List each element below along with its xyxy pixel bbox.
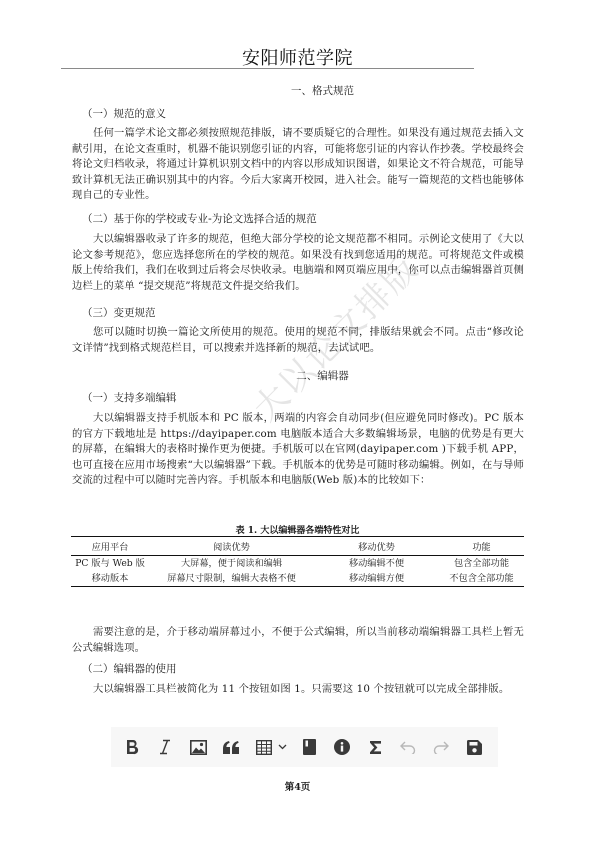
table-cell: 屏幕尺寸限制，编辑大表格不便 <box>149 571 314 587</box>
table-row: 移动版本 屏幕尺寸限制，编辑大表格不便 移动编辑方便 不包含全部功能 <box>71 571 524 587</box>
document-page: 安阳师范学院 大以论文排版 一、格式规范 （一）规范的意义 任何一篇学术论文都必… <box>0 0 595 842</box>
table-button[interactable] <box>253 736 275 758</box>
paragraph-choose-spec: 大以编辑器收录了许多的规范，但绝大部分学校的论文规范都不相同。示例论文使用了《大… <box>72 232 524 294</box>
editor-toolbar-figure <box>111 727 498 767</box>
table-header-row: 应用平台 阅读优势 移动优势 功能 <box>71 537 524 556</box>
table-cell: PC 版与 Web 版 <box>71 556 149 572</box>
paragraph-editor-usage: 大以编辑器工具栏被简化为 11 个按钮如图 1。只需要这 10 个按钮就可以完成… <box>72 682 524 698</box>
section-heading-editor: 二、编辑器 <box>0 368 595 383</box>
italic-icon <box>158 739 172 755</box>
comparison-table: 应用平台 阅读优势 移动优势 功能 PC 版与 Web 版 大屏幕，便于阅读和编… <box>71 536 524 587</box>
save-button[interactable] <box>463 736 485 758</box>
subheading-choose-spec: （二）基于你的学校或专业-为论文选择合适的规范 <box>82 211 317 226</box>
table-cell: 移动编辑方便 <box>314 571 439 587</box>
table-cell: 不包含全部功能 <box>439 571 524 587</box>
paragraph-multi-platform: 大以编辑器支持手机版本和 PC 版本，两端的内容会自动同步(但应避免同时修改)。… <box>72 411 524 489</box>
paragraph-meaning: 任何一篇学术论文都必须按照规范排版，请不要质疑它的合理性。如果没有通过规范去插入… <box>72 126 524 204</box>
bold-icon <box>125 739 139 755</box>
info-icon <box>334 739 350 755</box>
page-number: 第4页 <box>0 779 595 793</box>
undo-button[interactable] <box>397 736 419 758</box>
paragraph-mobile-note: 需要注意的是，介于移动端屏幕过小，不便于公式编辑，所以当前移动端编辑器工具栏上暂… <box>72 625 524 656</box>
section-heading-format: 一、格式规范 <box>0 83 595 98</box>
table-cell: 移动版本 <box>71 571 149 587</box>
table-dropdown-button[interactable] <box>277 736 287 758</box>
chevron-down-icon <box>278 744 287 750</box>
bookmark-button[interactable] <box>298 736 320 758</box>
table-header-cell: 移动优势 <box>314 537 439 556</box>
table-cell: 移动编辑不便 <box>314 556 439 572</box>
redo-button[interactable] <box>430 736 452 758</box>
undo-icon <box>400 741 416 754</box>
table-caption: 表 1. 大以编辑器各端特性对比 <box>0 523 595 536</box>
redo-icon <box>433 741 449 754</box>
subheading-editor-usage: （二）编辑器的使用 <box>82 661 177 676</box>
quote-button[interactable] <box>220 736 242 758</box>
subheading-change-spec: （三）变更规范 <box>82 305 156 320</box>
bold-button[interactable] <box>121 736 143 758</box>
formula-button[interactable] <box>364 736 386 758</box>
image-icon <box>190 740 207 755</box>
table-row: PC 版与 Web 版 大屏幕，便于阅读和编辑 移动编辑不便 包含全部功能 <box>71 556 524 572</box>
quote-icon <box>223 741 239 754</box>
header-divider <box>61 68 474 69</box>
subheading-meaning: （一）规范的意义 <box>82 106 166 121</box>
page-header-title: 安阳师范学院 <box>0 44 595 70</box>
table-cell: 包含全部功能 <box>439 556 524 572</box>
paragraph-change-spec: 您可以随时切换一篇论文所使用的规范。使用的规范不同，排版结果就会不同。点击“修改… <box>72 325 524 356</box>
info-button[interactable] <box>331 736 353 758</box>
subheading-multi-platform: （一）支持多端编辑 <box>82 390 177 405</box>
table-cell: 大屏幕，便于阅读和编辑 <box>149 556 314 572</box>
sigma-icon <box>369 740 382 755</box>
bookmark-icon <box>303 739 316 755</box>
italic-button[interactable] <box>154 736 176 758</box>
table-header-cell: 功能 <box>439 537 524 556</box>
table-icon <box>256 740 272 755</box>
save-icon <box>467 740 482 755</box>
image-button[interactable] <box>187 736 209 758</box>
table-header-cell: 阅读优势 <box>149 537 314 556</box>
table-header-cell: 应用平台 <box>71 537 149 556</box>
